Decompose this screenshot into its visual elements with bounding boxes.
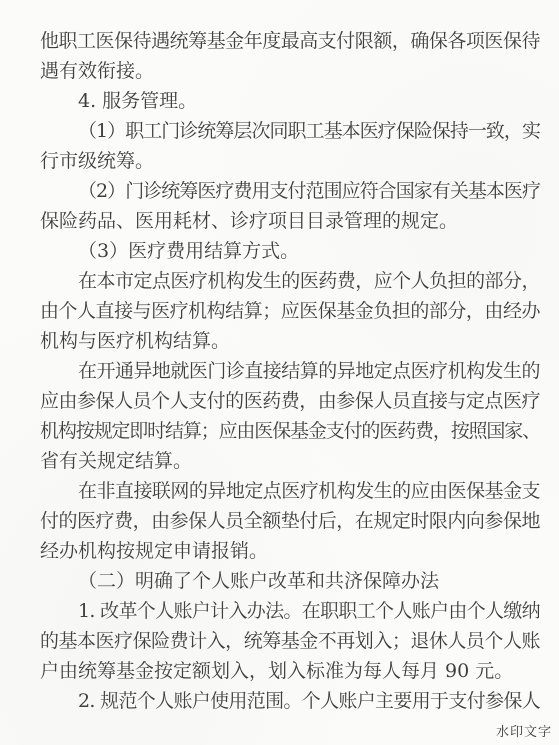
text-line-content: 由个人直接与医疗机构结算；应医保基金负担的部分，由经办	[40, 300, 540, 322]
text-line-content: 在本市定点医疗机构发生的医药费，应个人负担的部分，	[78, 270, 540, 292]
text-line: 4. 服务管理。	[40, 86, 540, 116]
text-line-content: 他职工医保待遇统筹基金年度最高支付限额，确保各项医保待	[40, 30, 540, 52]
text-line-content: 机构按规定即时结算；应由医保基金支付的医药费，按照国家、	[40, 420, 540, 442]
text-line-content: 户由统筹基金按定额划入，划入标准为每人每月 90 元。	[40, 660, 513, 682]
text-line: 户由统筹基金按定额划入，划入标准为每人每月 90 元。	[40, 656, 540, 686]
text-line: 1. 改革个人账户计入办法。在职职工个人账户由个人缴纳	[40, 596, 540, 626]
text-line: 应由参保人员个人支付的医药费，由参保人员直接与定点医疗	[40, 386, 540, 416]
text-line: 保险药品、医用耗材、诊疗项目目录管理的规定。	[40, 206, 540, 236]
text-line-content: 4. 服务管理。	[78, 90, 197, 112]
text-line: 省有关规定结算。	[40, 446, 540, 476]
text-line: 行市级统筹。	[40, 146, 540, 176]
text-line: 2. 规范个人账户使用范围。个人账户主要用于支付参保人	[40, 686, 540, 716]
text-line-content: 经办机构按规定申请报销。	[40, 540, 268, 562]
text-line: 在非直接联网的异地定点医疗机构发生的应由医保基金支	[40, 476, 540, 506]
text-line: （3）医疗费用结算方式。	[40, 236, 540, 266]
text-line: （1）职工门诊统筹层次同职工基本医疗保险保持一致，实	[40, 116, 540, 146]
text-line: 机构按规定即时结算；应由医保基金支付的医药费，按照国家、	[40, 416, 540, 446]
text-line-content: 2. 规范个人账户使用范围。个人账户主要用于支付参保人	[78, 690, 540, 712]
text-line: 机构与医疗机构结算。	[40, 326, 540, 356]
text-line-content: 行市级统筹。	[40, 150, 154, 172]
text-line-content: 在非直接联网的异地定点医疗机构发生的应由医保基金支	[78, 480, 540, 502]
text-line-content: 的基本医疗保险费计入，统筹基金不再划入；退休人员个人账	[40, 630, 540, 652]
text-line-content: 付的医疗费，由参保人员全额垫付后，在规定时限内向参保地	[40, 510, 540, 532]
text-line: （2）门诊统筹医疗费用支付范围应符合国家有关基本医疗	[40, 176, 540, 206]
text-line-content: 遇有效衔接。	[40, 60, 154, 82]
text-line-content: 保险药品、医用耗材、诊疗项目目录管理的规定。	[40, 210, 458, 232]
scanned-document-page: 他职工医保待遇统筹基金年度最高支付限额，确保各项医保待遇有效衔接。4. 服务管理…	[0, 0, 559, 745]
text-line-content: 省有关规定结算。	[40, 450, 192, 472]
text-line: 他职工医保待遇统筹基金年度最高支付限额，确保各项医保待	[40, 26, 540, 56]
watermark-label: 水印文字	[496, 721, 552, 740]
text-line-content: 应由参保人员个人支付的医药费，由参保人员直接与定点医疗	[40, 390, 540, 412]
text-line: 在本市定点医疗机构发生的医药费，应个人负担的部分，	[40, 266, 540, 296]
text-line: （二）明确了个人账户改革和共济保障办法	[40, 566, 540, 596]
text-line: 的基本医疗保险费计入，统筹基金不再划入；退休人员个人账	[40, 626, 540, 656]
document-text: 他职工医保待遇统筹基金年度最高支付限额，确保各项医保待遇有效衔接。4. 服务管理…	[40, 26, 540, 716]
text-line: 遇有效衔接。	[40, 56, 540, 86]
text-line-content: （二）明确了个人账户改革和共济保障办法	[78, 570, 439, 592]
text-line-content: （2）门诊统筹医疗费用支付范围应符合国家有关基本医疗	[78, 180, 540, 202]
text-line: 由个人直接与医疗机构结算；应医保基金负担的部分，由经办	[40, 296, 540, 326]
text-line-content: （1）职工门诊统筹层次同职工基本医疗保险保持一致，实	[78, 120, 540, 142]
text-line-content: 在开通异地就医门诊直接结算的异地定点医疗机构发生的	[78, 360, 540, 382]
text-line: 经办机构按规定申请报销。	[40, 536, 540, 566]
text-line: 在开通异地就医门诊直接结算的异地定点医疗机构发生的	[40, 356, 540, 386]
text-line-content: 1. 改革个人账户计入办法。在职职工个人账户由个人缴纳	[78, 600, 540, 622]
text-line: 付的医疗费，由参保人员全额垫付后，在规定时限内向参保地	[40, 506, 540, 536]
text-line-content: （3）医疗费用结算方式。	[78, 240, 299, 262]
text-line-content: 机构与医疗机构结算。	[40, 330, 230, 352]
